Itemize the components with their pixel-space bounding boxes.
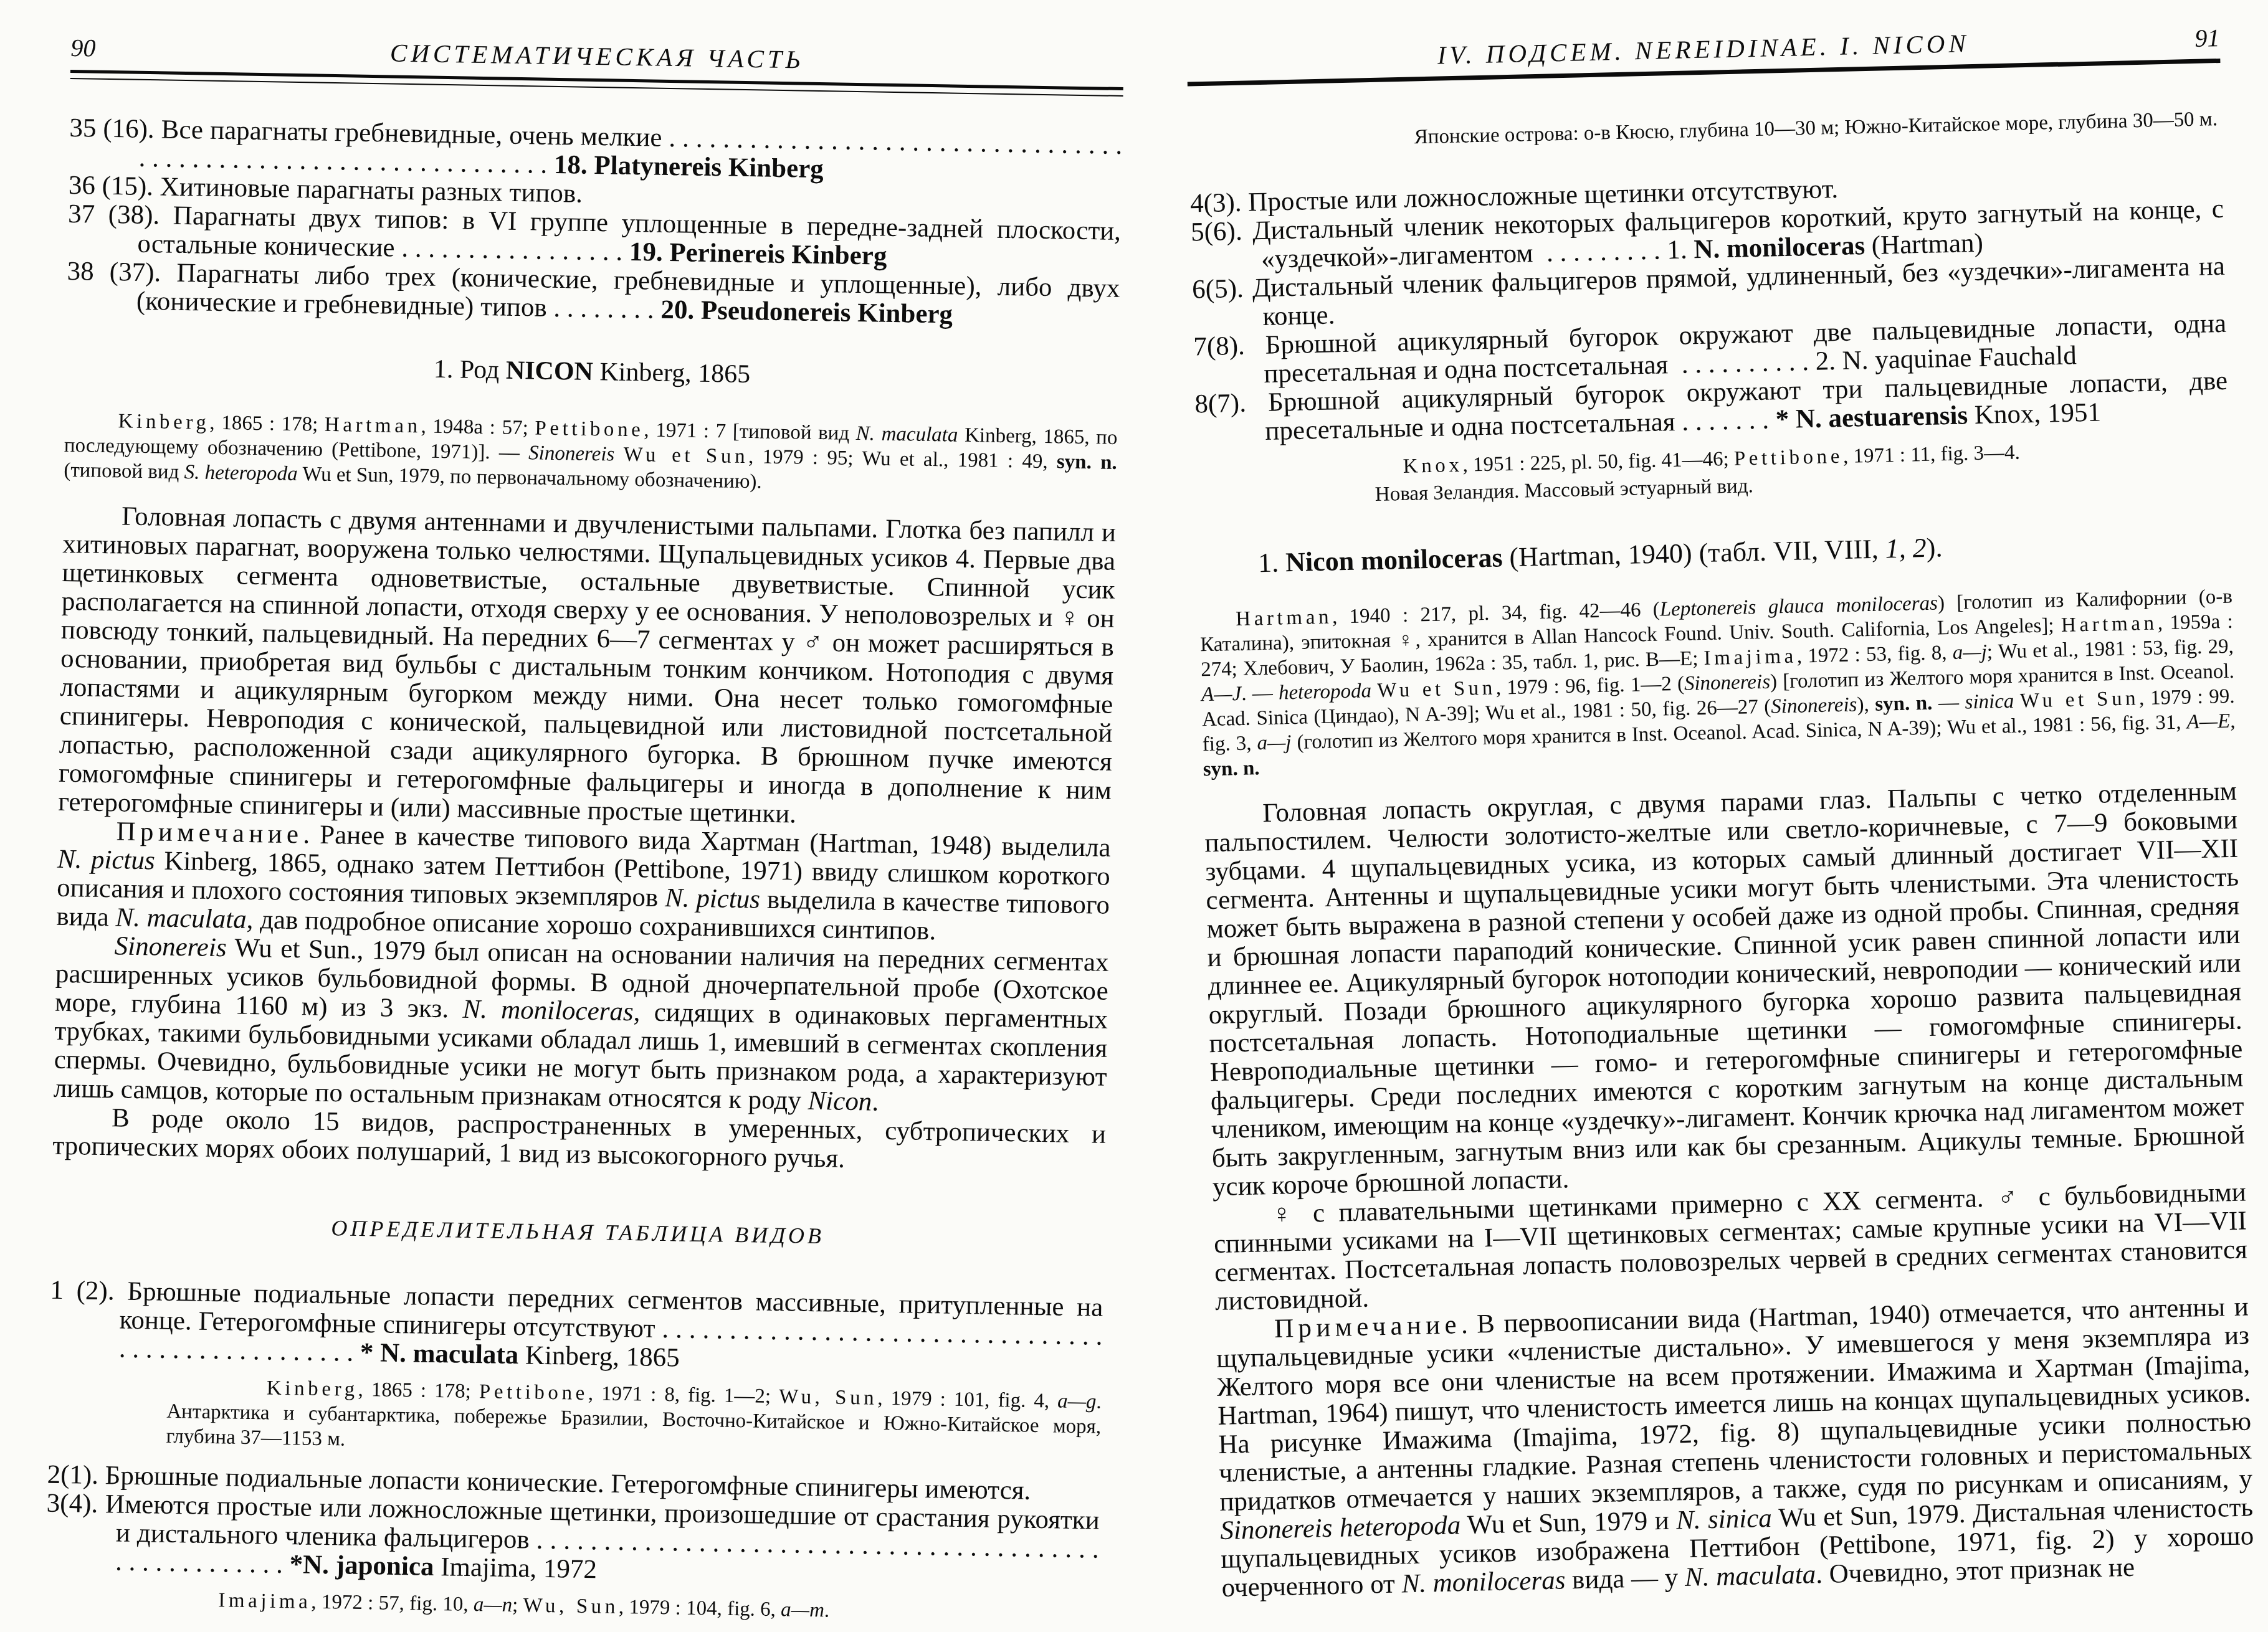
page-number-right: 91: [2145, 23, 2220, 54]
key-item-text: Брюшные подиальные лопасти передних сегм…: [119, 1277, 1103, 1373]
page-number-left: 90: [70, 33, 146, 64]
paragraph-genus-note: Примечание. Ранее в качестве типового ви…: [56, 817, 1111, 949]
key-item-text: Все парагнаты гребневидные, очень мелкие…: [138, 115, 1122, 184]
species-key-block-right: 4(3). Простые или ложносложные щетинки о…: [1190, 166, 2229, 448]
running-head-right: IV. ПОДСЕМ. NEREIDINAE. I. NICON 91: [1186, 22, 2220, 76]
paragraph-sinonereis: Sinonereis Wu et Sun., 1979 был описан н…: [53, 931, 1108, 1121]
key-item-number: 2(1).: [47, 1460, 98, 1490]
genus-synonymy: Kinberg, 1865 : 178; Hartman, 1948a : 57…: [64, 408, 1118, 500]
genus-heading: 1. Род NICON Kinberg, 1865: [65, 348, 1119, 396]
book-spread: 90 СИСТЕМАТИЧЕСКАЯ ЧАСТЬ 35 (16). Все па…: [0, 0, 2268, 1632]
genus-key-block: 35 (16). Все парагнаты гребневидные, оче…: [66, 114, 1122, 332]
page-right: IV. ПОДСЕМ. NEREIDINAE. I. NICON 91 Япон…: [1134, 0, 2268, 1632]
page-left: 90 СИСТЕМАТИЧЕСКАЯ ЧАСТЬ 35 (16). Все па…: [0, 0, 1134, 1632]
key-item-number: 6(5).: [1192, 274, 1244, 305]
reference-maculata: Kinberg, 1865 : 178; Pettibone, 1971 : 8…: [166, 1374, 1102, 1464]
key-item-3-4: 3(4). Имеются простые или ложносложные щ…: [45, 1489, 1100, 1593]
key-item-number: 38 (37).: [67, 257, 161, 287]
key-item-number: 36 (15).: [69, 171, 154, 201]
running-title-left: СИСТЕМАТИЧЕСКАЯ ЧАСТЬ: [145, 34, 1049, 78]
reference-japonica: Imajima, 1972 : 57, fig. 10, a—n; Wu, Su…: [218, 1588, 1098, 1627]
paragraph-species-description: Головная лопасть округлая, с двумя парам…: [1204, 777, 2246, 1202]
paragraph-species-note: Примечание. В первоописании вида (Hartma…: [1216, 1293, 2255, 1602]
key-item-1-2: 1 (2). Брюшные подиальные лопасти передн…: [49, 1276, 1103, 1380]
key-item-number: 1 (2).: [50, 1276, 115, 1306]
key-item-text: Имеются простые или ложносложные щетинки…: [105, 1489, 1100, 1584]
key-item-number: 37 (38).: [68, 199, 160, 230]
page-right-scan-area: IV. ПОДСЕМ. NEREIDINAE. I. NICON 91 Япон…: [1186, 22, 2254, 1603]
species-synonymy: Hartman, 1940 : 217, pl. 34, fig. 42—46 …: [1199, 584, 2236, 782]
key-item-number: 7(8).: [1193, 331, 1245, 362]
running-head-spacer: [1049, 72, 1123, 74]
species-key-title: ОПРЕДЕЛИТЕЛЬНАЯ ТАБЛИЦА ВИДОВ: [51, 1210, 1104, 1254]
running-head-spacer: [1187, 68, 1262, 70]
page-left-scan-area: 90 СИСТЕМАТИЧЕСКАЯ ЧАСТЬ 35 (16). Все па…: [45, 32, 1124, 1628]
key-item-number: 5(6).: [1191, 217, 1242, 247]
species-heading-moniloceras: 1. Nicon moniloceras (Hartman, 1940) (та…: [1198, 525, 2232, 581]
key-item-number: 3(4).: [46, 1489, 98, 1519]
key-item-number: 8(7).: [1194, 389, 1246, 419]
reference-japan-locality: Японские острова: о-в Кюсю, глубина 10—3…: [1373, 107, 2222, 151]
species-key-block-left: 1 (2). Брюшные подиальные лопасти передн…: [45, 1276, 1103, 1628]
paragraph-genus-description: Головная лопасть с двумя антеннами и дву…: [58, 501, 1116, 834]
key-item-number: 35 (16).: [69, 113, 155, 144]
key-item-number: 4(3).: [1190, 188, 1242, 219]
